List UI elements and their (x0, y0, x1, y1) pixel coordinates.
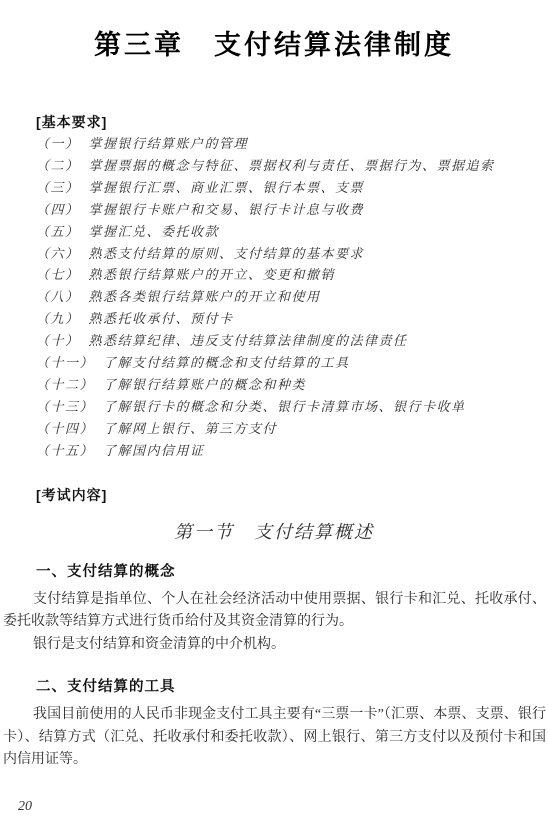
requirement-text: 了解支付结算的概念和支付结算的工具 (103, 355, 350, 370)
paragraph: 银行是支付结算和资金清算的中介机构。 (3, 634, 546, 657)
requirement-number: （九） (36, 311, 80, 326)
requirement-text: 掌握银行结算账户的管理 (89, 136, 249, 151)
requirement-item: （四）掌握银行卡账户和交易、银行卡计息与收费 (36, 199, 540, 221)
requirement-text: 熟悉托收承付、预付卡 (89, 311, 234, 326)
requirement-number: （七） (36, 267, 80, 282)
requirement-text: 掌握汇兑、委托收款 (89, 224, 220, 239)
requirement-item: （七）熟悉银行结算账户的开立、变更和撤销 (36, 264, 540, 286)
requirement-item: （八）熟悉各类银行结算账户的开立和使用 (36, 286, 540, 308)
requirement-number: （十五） (36, 443, 94, 458)
page-number: 20 (18, 799, 32, 815)
requirement-text: 熟悉银行结算账户的开立、变更和撤销 (89, 267, 336, 282)
requirement-number: （一） (36, 136, 80, 151)
requirement-text: 了解银行结算账户的概念和种类 (103, 377, 306, 392)
requirement-number: （十一） (36, 355, 94, 370)
requirement-text: 了解银行卡的概念和分类、银行卡清算市场、银行卡收单 (103, 399, 466, 414)
requirement-text: 熟悉支付结算的原则、支付结算的基本要求 (89, 246, 365, 261)
requirement-text: 熟悉各类银行结算账户的开立和使用 (89, 289, 321, 304)
requirement-text: 掌握票据的概念与特征、票据权利与责任、票据行为、票据追索 (89, 158, 495, 173)
requirement-item: （十）熟悉结算纪律、违反支付结算法律制度的法律责任 (36, 330, 540, 352)
requirement-number: （二） (36, 158, 80, 173)
requirement-number: （十三） (36, 399, 94, 414)
requirement-number: （八） (36, 289, 80, 304)
requirement-item: （九）熟悉托收承付、预付卡 (36, 308, 540, 330)
requirement-number: （四） (36, 202, 80, 217)
requirement-item: （十二）了解银行结算账户的概念和种类 (36, 374, 540, 396)
requirement-item: （五）掌握汇兑、委托收款 (36, 221, 540, 243)
requirement-number: （六） (36, 246, 80, 261)
requirement-number: （十） (36, 333, 80, 348)
requirement-item: （一）掌握银行结算账户的管理 (36, 133, 540, 155)
requirement-text: 熟悉结算纪律、违反支付结算法律制度的法律责任 (89, 333, 408, 348)
requirement-item: （三）掌握银行汇票、商业汇票、银行本票、支票 (36, 177, 540, 199)
subsection-heading-1: 一、支付结算的概念 (36, 561, 548, 583)
requirement-item: （六）熟悉支付结算的原则、支付结算的基本要求 (36, 243, 540, 265)
requirement-item: （二）掌握票据的概念与特征、票据权利与责任、票据行为、票据追索 (36, 155, 540, 177)
requirement-number: （十四） (36, 421, 94, 436)
subsection-heading-2: 二、支付结算的工具 (36, 676, 548, 698)
requirements-list: （一）掌握银行结算账户的管理 （二）掌握票据的概念与特征、票据权利与责任、票据行… (36, 133, 540, 462)
requirement-item: （十一）了解支付结算的概念和支付结算的工具 (36, 352, 540, 374)
requirement-number: （五） (36, 224, 80, 239)
paragraph: 支付结算是指单位、个人在社会经济活动中使用票据、银行卡和汇兑、托收承付、委托收款… (3, 589, 546, 634)
basic-requirements-header: [基本要求] (36, 111, 540, 133)
requirement-text: 掌握银行卡账户和交易、银行卡计息与收费 (89, 202, 365, 217)
section-title: 第一节 支付结算概述 (0, 519, 548, 545)
requirement-text: 掌握银行汇票、商业汇票、银行本票、支票 (89, 180, 365, 195)
requirement-item: （十五）了解国内信用证 (36, 440, 540, 462)
requirement-number: （三） (36, 180, 80, 195)
requirement-item: （十三）了解银行卡的概念和分类、银行卡清算市场、银行卡收单 (36, 396, 540, 418)
requirement-text: 了解网上银行、第三方支付 (103, 421, 277, 436)
requirement-text: 了解国内信用证 (103, 443, 205, 458)
requirement-number: （十二） (36, 377, 94, 392)
chapter-title: 第三章 支付结算法律制度 (0, 0, 548, 65)
exam-content-header: [考试内容] (36, 484, 540, 506)
basic-requirements-section: [基本要求] （一）掌握银行结算账户的管理 （二）掌握票据的概念与特征、票据权利… (36, 111, 540, 462)
requirement-item: （十四）了解网上银行、第三方支付 (36, 418, 540, 440)
paragraph: 我国目前使用的人民币非现金支付工具主要有“三票一卡”（汇票、本票、支票、银行卡）… (3, 704, 546, 772)
textbook-page: 第三章 支付结算法律制度 [基本要求] （一）掌握银行结算账户的管理 （二）掌握… (0, 0, 548, 825)
